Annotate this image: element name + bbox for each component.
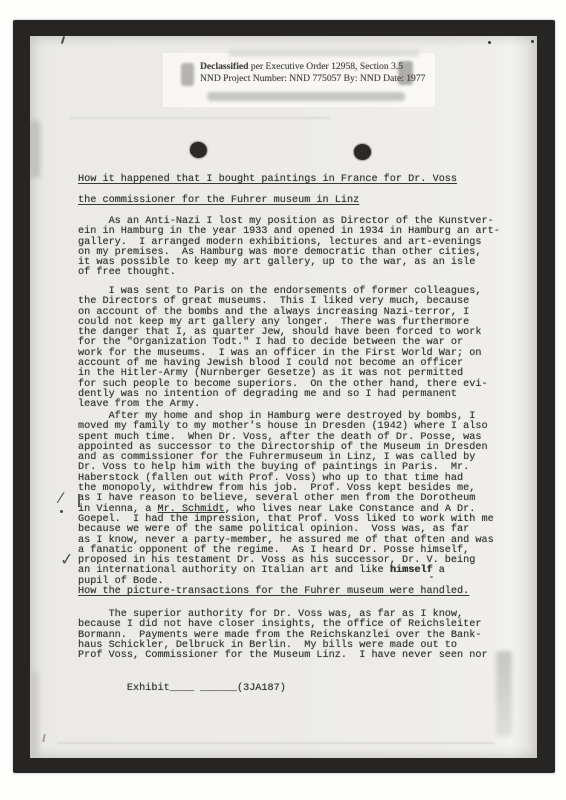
scanned-document-canvas: Declassified per Executive Order 12958, …	[0, 0, 566, 800]
text-segment: a	[433, 565, 445, 576]
paragraph-1: As an Anti-Nazi I lost my position as Di…	[78, 217, 500, 279]
paragraph-4: The superior authority for Dr. Voss was,…	[78, 610, 488, 661]
text-line: leave from the Army.	[78, 400, 488, 410]
text-line: of free thought.	[78, 268, 500, 278]
margin-tick-mark	[78, 494, 80, 507]
exhibit-line: Exhibit____ ______(3JA187)	[78, 674, 286, 705]
stamp-smudge-bar	[207, 92, 405, 101]
paragraph-3: After my home and shop in Hamburg were d…	[78, 412, 494, 587]
stamp-line-1: Declassified per Executive Order 12958, …	[200, 61, 425, 73]
stamp-line-2: NND Project Number: NND 775057 By: NND D…	[200, 73, 425, 85]
scan-border-frame: Declassified per Executive Order 12958, …	[13, 20, 555, 773]
text-segment: himself	[390, 565, 433, 576]
stamp-smudge	[229, 50, 419, 56]
scan-speck	[61, 36, 65, 44]
scan-speck	[531, 40, 534, 43]
margin-checkmark: ✓	[60, 547, 74, 571]
scan-line-artifact	[70, 117, 330, 119]
stamp-ink-blotch	[181, 63, 194, 86]
stamp-declassified-label: Declassified	[200, 61, 249, 72]
exhibit-label: Exhibit	[127, 683, 170, 694]
text-segment: an international authority on Italian ar…	[78, 565, 390, 576]
scan-line-artifact	[57, 742, 495, 744]
document-page: Declassified per Executive Order 12958, …	[30, 36, 537, 758]
paragraph-2: I was sent to Paris on the endorsements …	[78, 287, 488, 411]
scan-smudge	[496, 651, 512, 736]
text-line: Prof Voss, Commissioner for the Museum L…	[78, 651, 488, 661]
scan-smudge	[30, 671, 38, 758]
section-heading: How the picture-transactions for the Fuh…	[78, 587, 469, 597]
exhibit-blank: ____ ______	[170, 683, 237, 694]
margin-slash-mark: /	[55, 491, 65, 509]
scan-speck	[488, 41, 491, 44]
scan-smudge	[30, 120, 40, 178]
declassification-stamp: Declassified per Executive Order 12958, …	[163, 53, 435, 107]
stamp-order-text: per Executive Order 12958, Section 3.5	[249, 61, 404, 72]
margin-dot-mark	[60, 510, 63, 513]
hole-punch-right	[353, 143, 372, 161]
document-title-line1: How it happened that I bought paintings …	[78, 175, 457, 185]
hole-punch-left	[189, 141, 208, 159]
stamp-text: Declassified per Executive Order 12958, …	[200, 61, 425, 85]
exhibit-reference: (3JA187)	[237, 683, 286, 694]
document-title-line2: the commissioner for the Fuhrer museum i…	[78, 196, 359, 206]
scan-speck	[42, 734, 46, 742]
